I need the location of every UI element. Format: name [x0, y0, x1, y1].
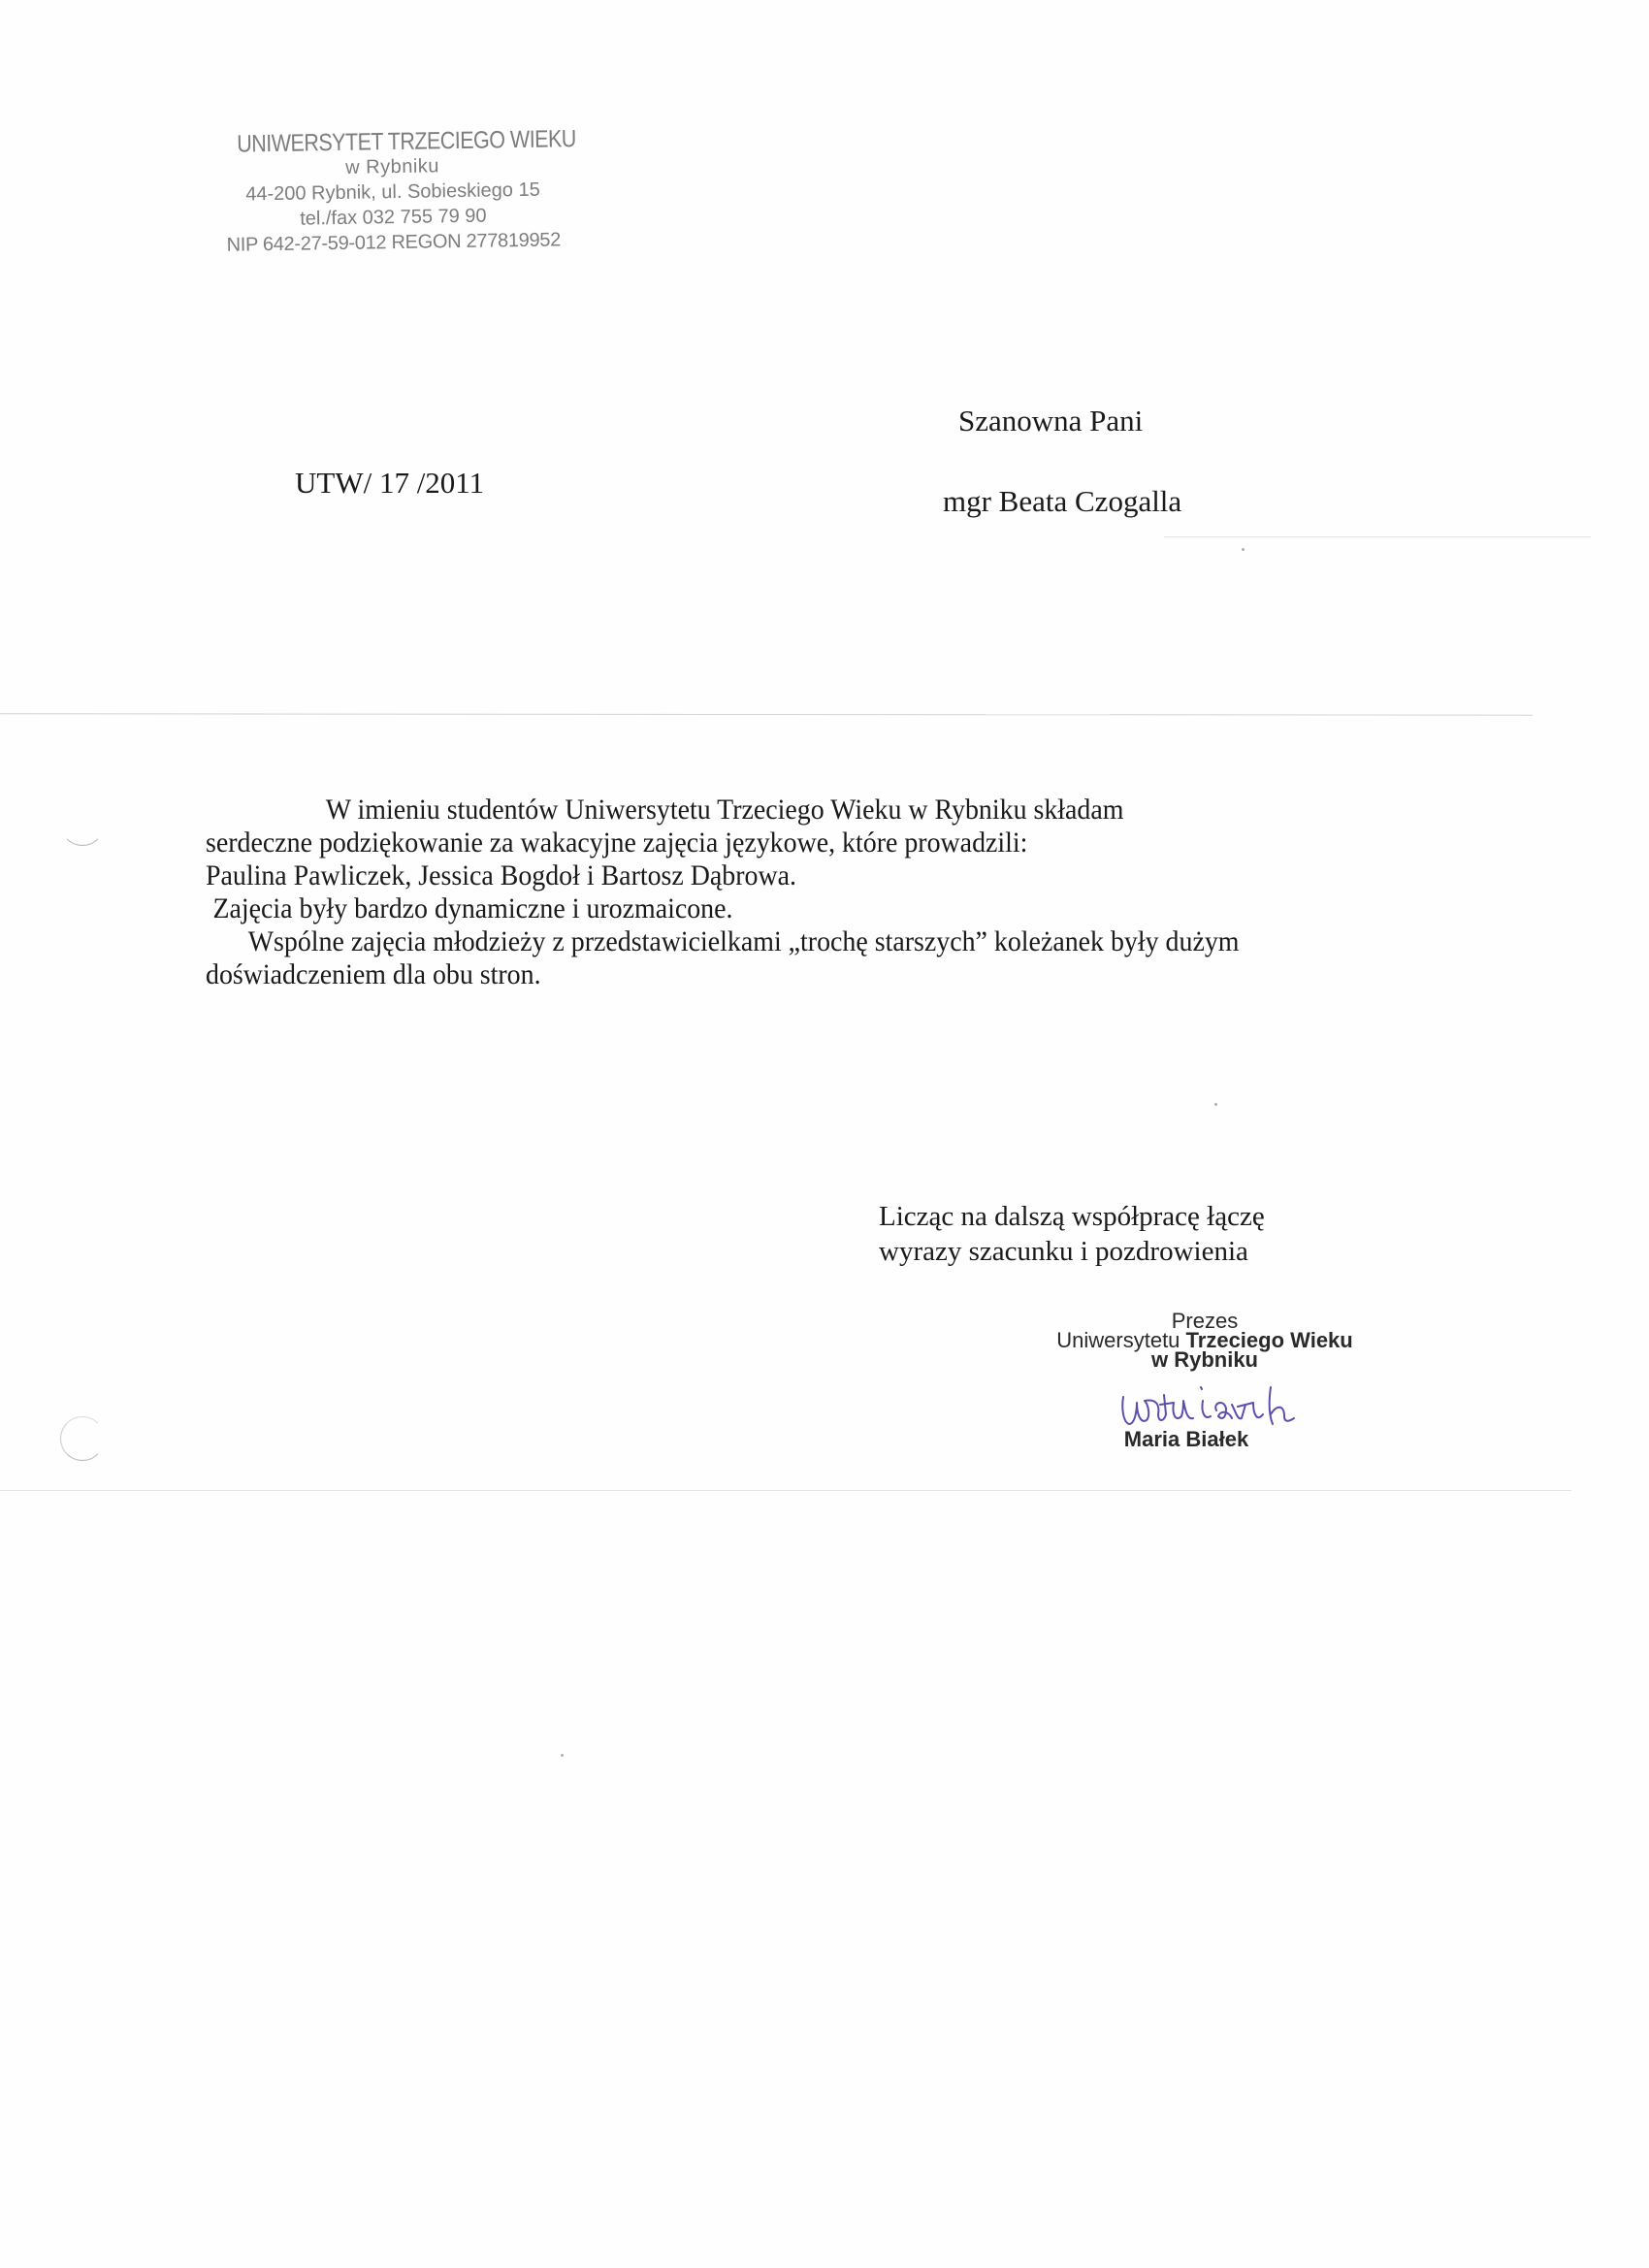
letter-body: W imieniu studentów Uniwersytetu Trzecie… [206, 794, 1397, 991]
closing: Licząc na dalszą współpracę łączę wyrazy… [879, 1199, 1265, 1269]
scan-speck [1214, 1103, 1217, 1106]
scan-speck [561, 1754, 564, 1757]
body-line: Wspólne zajęcia młodzieży z przedstawici… [206, 925, 1397, 958]
closing-line: Licząc na dalszą współpracę łączę [879, 1199, 1265, 1234]
addressee-greeting: Szanowna Pani [943, 380, 1181, 461]
fold-line [1164, 536, 1591, 537]
addressee: Szanowna Pani mgr Beata Czogalla [943, 380, 1181, 541]
stamp-ids: NIP 642-27-59-012 REGON 277819952 [213, 227, 574, 258]
punch-hole-mark [60, 1416, 105, 1461]
addressee-name: mgr Beata Czogalla [943, 484, 1181, 518]
letterhead-stamp: UNIWERSYTET TRZECIEGO WIEKU w Rybniku 44… [211, 126, 574, 258]
body-line: doświadczeniem dla obu stron. [206, 958, 1397, 991]
handwritten-signature [1115, 1376, 1368, 1434]
punch-hole-mark [60, 801, 105, 846]
body-line: Zajęcia były bardzo dynamiczne i urozmai… [206, 892, 1397, 925]
fold-line [0, 713, 1533, 715]
body-line: serdeczne podziękowanie za wakacyjne zaj… [206, 826, 1397, 859]
stamp-org-name: UNIWERSYTET TRZECIEGO WIEKU [237, 127, 547, 157]
closing-line: wyrazy szacunku i pozdrowienia [879, 1234, 1265, 1269]
signer-city: w Rybniku [1020, 1350, 1389, 1370]
body-line: W imieniu studentów Uniwersytetu Trzecie… [206, 794, 1397, 826]
reference-number: UTW/ 17 /2011 [295, 466, 484, 501]
letter-page: UNIWERSYTET TRZECIEGO WIEKU w Rybniku 44… [0, 0, 1649, 2268]
scan-speck [1242, 548, 1245, 551]
body-line: Paulina Pawliczek, Jessica Bogdoł i Bart… [206, 859, 1397, 892]
fold-line [0, 1490, 1571, 1491]
